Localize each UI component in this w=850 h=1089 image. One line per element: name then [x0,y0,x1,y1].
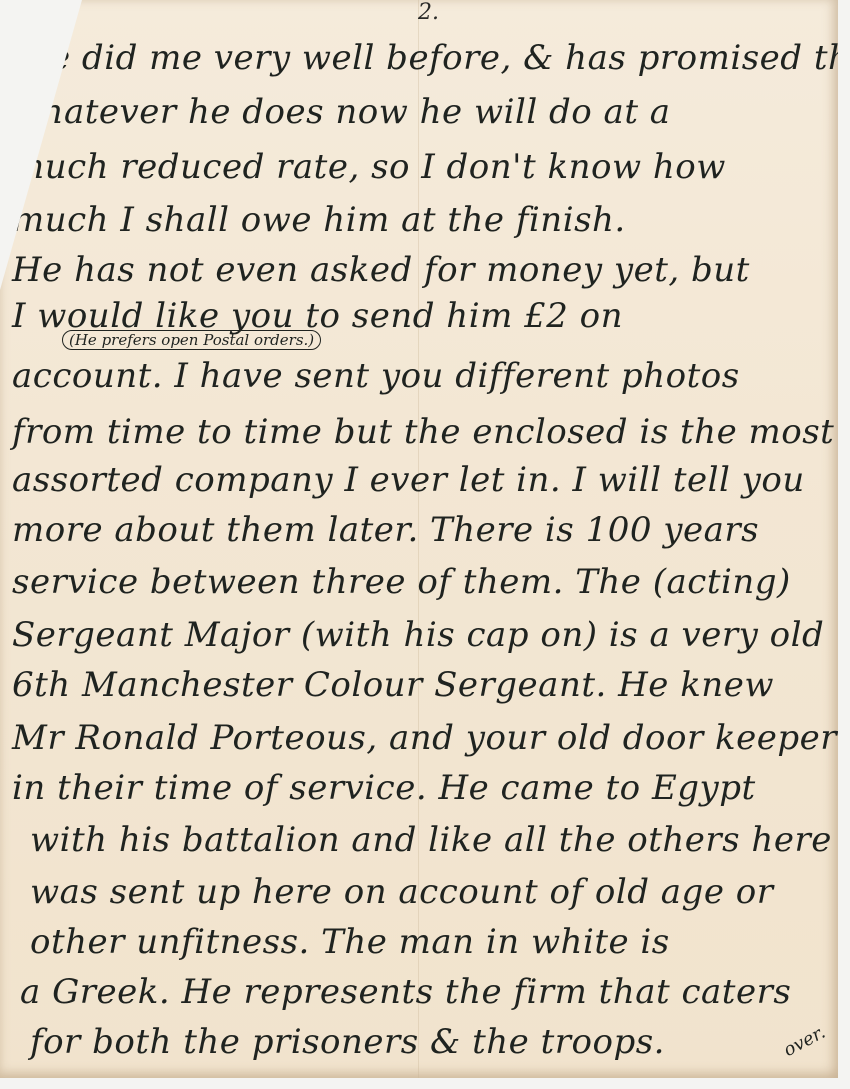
letter-line-3: much reduced rate, so I don't know how [12,147,726,187]
letter-line-5: He has not even asked for money yet, but [12,250,750,290]
page-number: 2. [418,0,439,25]
letter-line-11: service between three of them. The (acti… [12,562,791,602]
letter-line-18: other unfitness. The man in white is [30,922,670,962]
margin-annotation: (He prefers open Postal orders.) [62,330,321,350]
over-note: over. [780,1022,829,1061]
letter-line-16: with his battalion and like all the othe… [30,820,832,860]
letter-line-17: was sent up here on account of old age o… [30,872,773,912]
letter-line-12: Sergeant Major (with his cap on) is a ve… [12,615,824,655]
letter-line-2: whatever he does now he will do at a [12,92,671,132]
letter-line-7: account. I have sent you different photo… [12,356,740,396]
letter-line-15: in their time of service. He came to Egy… [12,768,756,808]
letter-line-10: more about them later. There is 100 year… [12,510,759,550]
letter-line-13: 6th Manchester Colour Sergeant. He knew [12,665,774,705]
letter-page: 2. e did me very well before, & has prom… [0,0,838,1078]
letter-line-9: assorted company I ever let in. I will t… [12,460,805,500]
letter-line-19: a Greek. He represents the firm that cat… [20,972,791,1012]
letter-line-4: much I shall owe him at the finish. [12,200,626,240]
letter-line-14: Mr Ronald Porteous, and your old door ke… [12,718,837,758]
letter-line-20: for both the prisoners & the troops. [30,1022,665,1062]
letter-line-8: from time to time but the enclosed is th… [12,412,834,452]
letter-line-1: e did me very well before, & has promise… [50,38,850,78]
